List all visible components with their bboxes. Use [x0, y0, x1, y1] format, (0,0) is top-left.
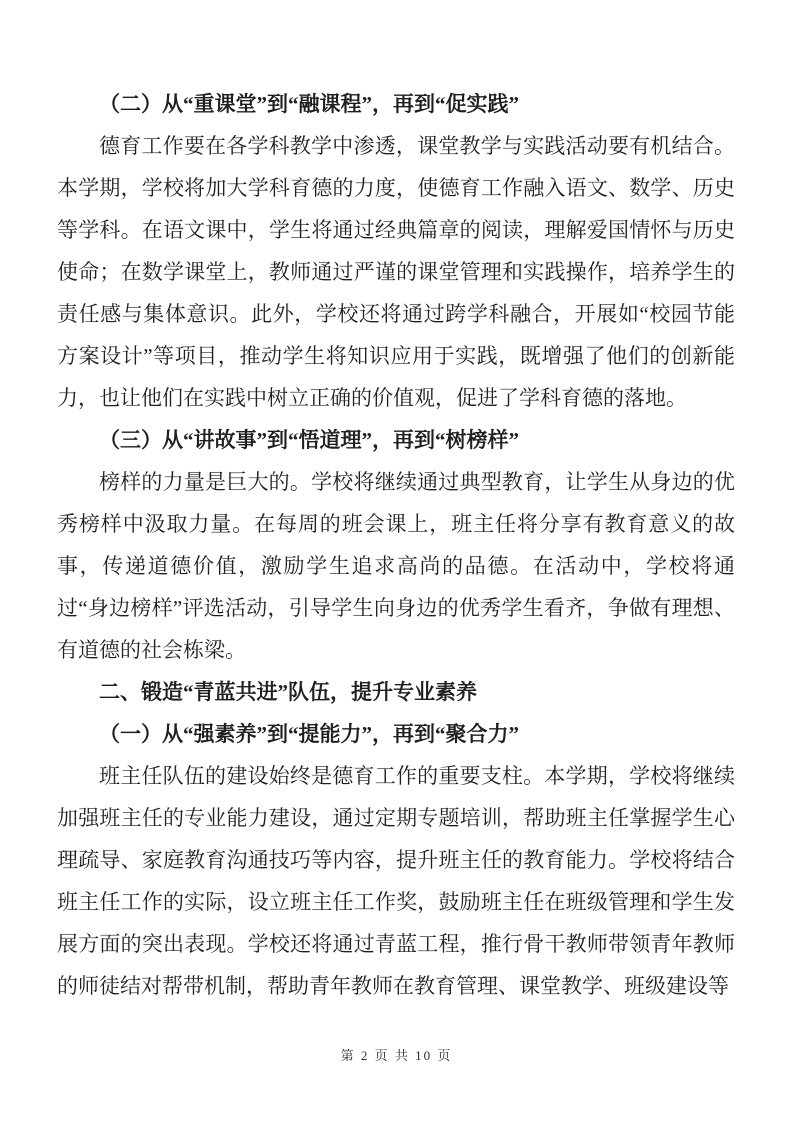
document-body: （二）从“重课堂”到“融课程”，再到“促实践” 德育工作要在各学科教学中渗透，课…: [57, 83, 735, 1007]
body-paragraph: 榜样的力量是巨大的。学校将继续通过典型教育，让学生从身边的优秀榜样中汲取力量。在…: [57, 461, 735, 671]
section-heading-1: （一）从“强素养”到“提能力”，再到“聚合力”: [57, 713, 735, 755]
section-heading-2: （二）从“重课堂”到“融课程”，再到“促实践”: [57, 83, 735, 125]
body-paragraph: 德育工作要在各学科教学中渗透，课堂教学与实践活动要有机结合。本学期，学校将加大学…: [57, 125, 735, 419]
document-page: （二）从“重课堂”到“融课程”，再到“促实践” 德育工作要在各学科教学中渗透，课…: [0, 0, 793, 1122]
section-heading-3: （三）从“讲故事”到“悟道理”，再到“树榜样”: [57, 419, 735, 461]
chapter-heading-2: 二、锻造“青蓝共进”队伍，提升专业素养: [57, 671, 735, 713]
body-paragraph: 班主任队伍的建设始终是德育工作的重要支柱。本学期，学校将继续加强班主任的专业能力…: [57, 755, 735, 1007]
page-number-footer: 第 2 页 共 10 页: [0, 1046, 793, 1066]
